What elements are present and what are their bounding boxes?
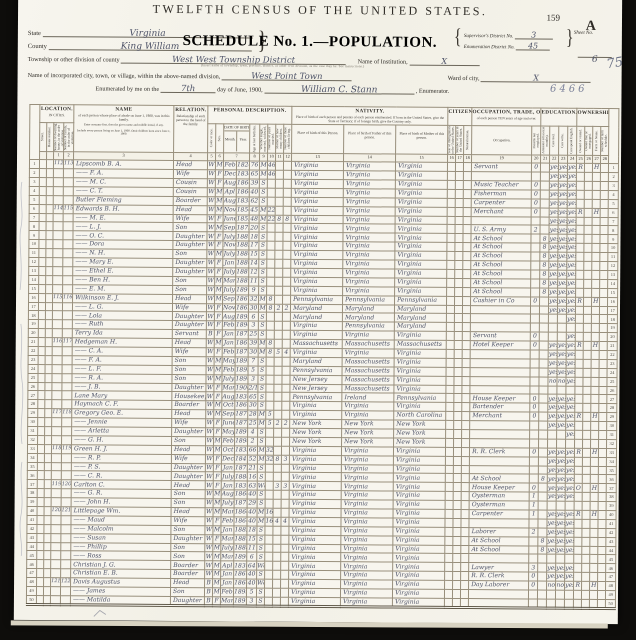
cell-na: [461, 554, 469, 563]
cell-mn: [531, 279, 540, 288]
column-number: 21: [541, 155, 550, 163]
cell-cl: [283, 277, 291, 286]
cell-mc: [273, 562, 281, 571]
right-line-number: 34: [607, 457, 617, 466]
cell-sx: F: [213, 534, 221, 543]
cell-nm: —— John H.: [71, 498, 171, 508]
date-of-birth-header: DATE OF BIRTH.Month.Year.: [224, 124, 250, 153]
cell-hn: [44, 507, 51, 516]
cell-ms: S: [257, 544, 265, 553]
cell-st: [37, 569, 44, 578]
cell-cl: [281, 464, 289, 473]
cell-fm: [63, 222, 73, 231]
cell-en: yes: [565, 546, 574, 555]
cell-sx: F: [214, 321, 222, 330]
cell-cl: [281, 499, 289, 508]
enum-mid: day of June, 1900,: [217, 86, 263, 93]
cell-rd: yes: [547, 528, 556, 537]
cell-sx: F: [215, 214, 223, 223]
cell-og: [583, 404, 591, 413]
right-line-number: 35: [607, 466, 617, 475]
cell-fb: Virginia: [343, 215, 395, 224]
left-line-number: 19: [28, 320, 38, 329]
state-label: State: [28, 30, 41, 37]
cell-fm: [61, 542, 71, 551]
cell-fs: [600, 315, 608, 324]
cell-dw: 118: [51, 444, 61, 453]
cell-na: [461, 483, 469, 492]
cell-fs: [600, 306, 608, 315]
cell-fb: Virginia: [341, 526, 393, 535]
cell-st: [38, 400, 45, 409]
cell-mo: Mar: [222, 383, 235, 392]
cell-hn: [45, 400, 52, 409]
left-line-number: 45: [27, 551, 37, 560]
cell-dw: [51, 569, 61, 578]
cell-oh: [574, 546, 582, 555]
cell-sc: [539, 403, 548, 412]
cell-oc: At School: [471, 261, 531, 270]
cell-en: yes: [567, 190, 576, 199]
education-subcolumn-header: Can speak English.: [568, 126, 577, 155]
cell-fm: [62, 320, 72, 329]
cell-sc: 8: [540, 243, 549, 252]
cell-nm: —— P. S.: [71, 462, 171, 472]
cell-rl: Daughter: [172, 321, 206, 330]
cell-pb: Virginia: [291, 268, 343, 277]
cell-dw: [53, 240, 63, 249]
cell-wr: yes: [556, 546, 565, 555]
citizenship-subcolumn-header: Naturalization.: [464, 126, 472, 155]
cell-mn: [531, 234, 540, 243]
cell-ym: [267, 179, 275, 188]
cell-fb: Maryland: [343, 304, 395, 313]
cell-cl: [280, 597, 288, 607]
cell-ag: 48: [249, 215, 259, 224]
cell-st: [38, 364, 45, 373]
cell-sc: [539, 430, 548, 439]
district-brace-close: }: [566, 27, 574, 51]
right-line-number: 5: [608, 199, 618, 208]
cell-fh: [593, 173, 601, 182]
cell-fb: Maryland: [342, 313, 394, 322]
cell-pb: Virginia: [290, 322, 342, 331]
cell-yu: [454, 385, 462, 394]
cell-cl: 3: [281, 455, 289, 464]
cell-wr: yes: [558, 297, 567, 306]
right-line-number: 43: [606, 537, 616, 546]
cell-im: [445, 518, 453, 527]
cell-cr: W: [206, 419, 214, 428]
cell-dw: [52, 329, 62, 338]
cell-oc: Cashier in Co: [471, 296, 531, 305]
cell-ag: 12: [249, 268, 259, 277]
cell-st: [38, 418, 45, 427]
cell-mc: [275, 188, 283, 197]
cell-oc: [469, 518, 529, 527]
cell-im: [445, 527, 453, 536]
cell-yr: 1898: [235, 437, 248, 446]
cell-yr: 1860: [234, 490, 247, 499]
cell-mn: 0: [530, 332, 539, 341]
cell-yr: 1860: [234, 508, 247, 517]
cell-st: [39, 258, 46, 267]
cell-yu: [454, 394, 462, 403]
cell-fs: [600, 253, 608, 262]
cell-st: [38, 355, 45, 364]
cell-fh: [592, 217, 600, 226]
cell-cl: [282, 446, 290, 455]
cell-wr: [557, 332, 566, 341]
cell-st: [37, 533, 44, 542]
cell-im: [446, 332, 454, 341]
cell-cl: [281, 588, 289, 597]
cell-fm: [62, 373, 72, 382]
cell-ag: 65: [249, 170, 259, 179]
cell-oc: [471, 216, 531, 225]
column-number: 6: [216, 153, 224, 161]
cell-fh: [592, 261, 600, 270]
cell-ym: [265, 570, 273, 579]
cell-na: [463, 314, 471, 323]
cell-mb: Virginia: [393, 509, 445, 518]
cell-fs: [599, 439, 607, 448]
cell-mc: [273, 544, 281, 553]
cell-hn: [45, 364, 52, 373]
cell-yu: [455, 252, 463, 261]
cell-mn: 1: [529, 492, 538, 501]
cell-mb: Virginia: [393, 527, 445, 536]
nativity-group-header: NATIVITY.Place of birth of each person a…: [292, 106, 448, 125]
cell-sx: M: [213, 490, 221, 499]
cell-rl: Head: [171, 507, 205, 516]
cell-rd: yes: [547, 572, 556, 581]
cell-st: [38, 320, 45, 329]
cell-hn: [45, 302, 52, 311]
cell-og: [583, 359, 591, 368]
cell-fb: Virginia: [344, 162, 396, 171]
left-line-number: 25: [28, 373, 38, 382]
right-line-number: 25: [607, 377, 617, 386]
occupation-group-header: OCCUPATION, TRADE, OR PROFESSIONof each …: [472, 108, 541, 127]
cell-pb: Virginia: [291, 170, 343, 179]
cell-oh: [576, 226, 584, 235]
cell-dw: [51, 533, 61, 542]
cell-oc: Oysterman: [469, 492, 529, 501]
cell-fm: 119: [61, 444, 71, 453]
cell-cr: W: [205, 490, 213, 499]
cell-rd: yes: [548, 395, 557, 404]
supervisor-value: 3: [531, 30, 536, 39]
cell-mn: [529, 474, 538, 483]
cell-fs: [599, 342, 607, 351]
cell-hn: [46, 213, 53, 222]
cell-ym: 8: [266, 339, 274, 348]
cell-rd: yes: [549, 297, 558, 306]
cell-fs: [600, 244, 608, 253]
cell-ms: S: [257, 490, 265, 499]
cell-og: [583, 324, 591, 333]
cell-sc: [538, 519, 547, 528]
cell-yr: 1860: [236, 188, 249, 197]
cell-cr: W: [207, 241, 215, 250]
cell-cr: B: [206, 330, 214, 339]
cell-ag: 65: [248, 392, 258, 401]
right-line-number: 36: [606, 475, 616, 484]
cell-wr: yes: [558, 181, 567, 190]
cell-wr: yes: [557, 466, 566, 475]
cell-nm: —— F. A.: [73, 169, 173, 179]
cell-cl: [281, 544, 289, 553]
cell-sc: [539, 332, 548, 341]
cell-wr: yes: [557, 341, 566, 350]
cell-fb: New York: [342, 438, 394, 447]
cell-mc: [273, 473, 281, 482]
cell-oc: At School: [471, 270, 531, 279]
cell-ym: [265, 579, 273, 588]
cell-cl: [282, 339, 290, 348]
cell-dw: [53, 275, 63, 284]
cell-sc: 8: [540, 252, 549, 261]
cell-na: [461, 474, 469, 483]
cell-nm: Lipscomb B. A.: [73, 160, 173, 170]
cell-yu: [455, 278, 463, 287]
cell-ag: 6: [248, 312, 258, 321]
cell-cl: [282, 410, 290, 419]
cell-oh: [575, 359, 583, 368]
cell-hn: [45, 391, 52, 400]
right-line-number: 40: [606, 511, 616, 520]
cell-en: yes: [565, 492, 574, 501]
cell-nm: —— Ben H.: [73, 276, 173, 286]
column-number: 24: [568, 155, 577, 163]
cell-rl: Boarder: [172, 401, 206, 410]
cell-na: [462, 429, 470, 438]
cell-dw: [52, 320, 62, 329]
cell-sc: [540, 306, 549, 315]
cell-dw: 114: [53, 204, 63, 213]
cell-ym: [266, 393, 274, 402]
cell-yr: 1860: [236, 179, 249, 188]
cell-ag: 5: [248, 366, 258, 375]
cell-cl: [282, 428, 290, 437]
cell-cl: [283, 259, 291, 268]
cell-oh: [574, 599, 582, 609]
cell-pb: New Jersey: [290, 384, 342, 393]
cell-yr: 1869: [235, 401, 248, 410]
district-brace-open: {: [454, 26, 462, 50]
cell-rl: Son: [171, 552, 205, 561]
cell-mn: [530, 385, 539, 394]
cell-st: [37, 507, 44, 516]
cell-ym: 8: [267, 304, 275, 313]
cell-mc: [275, 268, 283, 277]
cell-en: yes: [566, 404, 575, 413]
cell-ym: [265, 481, 273, 490]
left-line-number: 39: [27, 498, 37, 507]
cell-im: [447, 278, 455, 287]
cell-mc: [274, 393, 282, 402]
enum-day: 7th: [181, 84, 195, 94]
cell-nm: —— Dora: [73, 240, 173, 250]
cell-nm: Haymach C. F.: [72, 400, 172, 410]
cell-yr: 1834: [235, 392, 248, 401]
cell-oh: [575, 404, 583, 413]
cell-cl: [281, 535, 289, 544]
cell-ag: 66: [248, 446, 258, 455]
left-line-number: 1: [29, 160, 39, 169]
right-line-number: 1: [609, 164, 619, 173]
ward-line: Ward of city, X: [448, 73, 592, 83]
cell-mn: [531, 217, 540, 226]
cell-fh: [592, 279, 600, 288]
cell-ms: S: [258, 312, 266, 321]
cell-fs: [598, 537, 606, 546]
cell-en: yes: [566, 430, 575, 439]
cell-dw: [51, 542, 61, 551]
cell-yu: [455, 287, 463, 296]
cell-og: [583, 377, 591, 386]
cell-pb: Virginia: [289, 473, 341, 482]
sheet-label: Sheet No.: [574, 31, 593, 36]
cell-yr: 1861: [235, 339, 248, 348]
citizenship-subcolumn-header: Year of immigration to the United States…: [448, 126, 456, 155]
cell-en: yes: [565, 572, 574, 581]
cell-og: [583, 466, 591, 475]
cell-dw: [53, 187, 63, 196]
supervisor-line: Supervisor's District No. 3: [464, 30, 553, 40]
cell-sc: [538, 599, 547, 609]
education-subcolumn-header: Can read.: [550, 126, 559, 155]
cell-rl: Head: [173, 294, 207, 303]
cell-ms: M: [257, 517, 265, 526]
cell-sx: M: [215, 285, 223, 294]
cell-og: [584, 288, 592, 297]
cell-fb: Virginia: [343, 269, 395, 278]
cell-hn: [46, 195, 53, 204]
cell-fh: [592, 288, 600, 297]
cell-ag: 17: [249, 241, 259, 250]
left-line-number: 41: [27, 515, 37, 524]
cell-wr: yes: [558, 261, 567, 270]
cell-oc: Carpenter: [471, 198, 531, 207]
left-line-number: 9: [29, 231, 39, 240]
cell-fb: Virginia: [343, 171, 395, 180]
cell-st: [39, 231, 46, 240]
cell-ym: [265, 473, 273, 482]
cell-mn: [530, 457, 539, 466]
cell-pb: Virginia: [289, 544, 341, 553]
cell-cr: W: [207, 259, 215, 268]
right-line-number: 8: [608, 226, 618, 235]
cell-dw: [53, 249, 63, 258]
cell-ag: 62: [249, 197, 259, 206]
cell-yu: [454, 421, 462, 430]
column-number: 20: [532, 155, 541, 163]
cell-mo: Feb: [222, 321, 235, 330]
cell-sc: 8: [538, 546, 547, 555]
enum-prefix: Enumerated by me on the: [95, 85, 159, 92]
cell-sc: [539, 368, 548, 377]
cell-yu: [454, 403, 462, 412]
cell-mc: [274, 357, 282, 366]
cell-pb: Pennsylvania: [290, 366, 342, 375]
cell-fb: New York: [342, 429, 394, 438]
cell-wr: [556, 501, 565, 510]
cell-mo: Jan: [221, 579, 234, 588]
location-subcolumn-header: Number of family, in the order of visita…: [64, 123, 74, 152]
cell-na: [461, 572, 469, 581]
cell-en: yes: [566, 395, 575, 404]
cell-wr: yes: [556, 572, 565, 581]
left-line-number: 11: [29, 249, 39, 258]
cell-mc: [274, 330, 282, 339]
cell-fm: [63, 267, 73, 276]
cell-oh: [575, 421, 583, 430]
cell-nm: —— Lola: [72, 311, 172, 321]
cell-fb: Pennsylvania: [342, 322, 394, 331]
cell-mn: [529, 466, 538, 475]
ownership-subcolumn-header: Number of farm schedule.: [601, 127, 609, 156]
cell-mo: Dec: [221, 454, 234, 463]
cell-yu: [454, 367, 462, 376]
cell-yr: 1875: [235, 330, 248, 339]
cell-mc: [274, 428, 282, 437]
cell-hn: [45, 409, 52, 418]
cell-mo: July: [223, 232, 236, 241]
cell-pb: Pennsylvania: [291, 295, 343, 304]
ownership-subcolumn-header: Owned or rented.: [577, 127, 585, 156]
cell-sx: F: [214, 383, 222, 392]
cell-oh: [574, 555, 582, 564]
cell-nm: Hedgeman H.: [72, 338, 172, 348]
cell-mb: Virginia: [393, 518, 445, 527]
census-title: TWELFTH CENSUS OF THE UNITED STATES.: [18, 1, 622, 20]
cell-oh: [575, 350, 583, 359]
cell-st: [38, 373, 45, 382]
cell-mn: 0: [530, 394, 539, 403]
cell-fh: [592, 235, 600, 244]
cell-wr: yes: [557, 350, 566, 359]
cell-mo: Sept: [223, 294, 236, 303]
cell-rd: yes: [548, 421, 557, 430]
cell-yu: [454, 323, 462, 332]
cell-ym: [267, 259, 275, 268]
cell-oc: Merchant: [471, 207, 531, 216]
cell-mb: Virginia: [393, 562, 445, 571]
cell-yr: 1867: [236, 295, 249, 304]
cell-ms: S: [257, 499, 265, 508]
cell-fh: H: [591, 341, 599, 350]
cell-og: [584, 279, 592, 288]
enumeration-value: 45: [528, 41, 538, 50]
cell-fm: [61, 498, 71, 507]
cell-fs: [599, 448, 607, 457]
cell-mb: Virginia: [393, 473, 445, 482]
cell-sx: F: [214, 428, 222, 437]
cell-ms: S: [259, 241, 267, 250]
cell-ms: S: [259, 268, 267, 277]
cell-yu: [453, 465, 461, 474]
cell-en: yes: [565, 537, 574, 546]
township-note: (Insert name of township, town, precinct…: [168, 63, 398, 69]
right-line-number: 27: [607, 395, 617, 404]
cell-nm: —— Phillip: [71, 542, 171, 552]
cell-ag: 39: [248, 339, 258, 348]
cell-rd: yes: [549, 181, 558, 190]
cell-rl: Daughter: [172, 427, 206, 436]
cell-cr: W: [205, 481, 213, 490]
